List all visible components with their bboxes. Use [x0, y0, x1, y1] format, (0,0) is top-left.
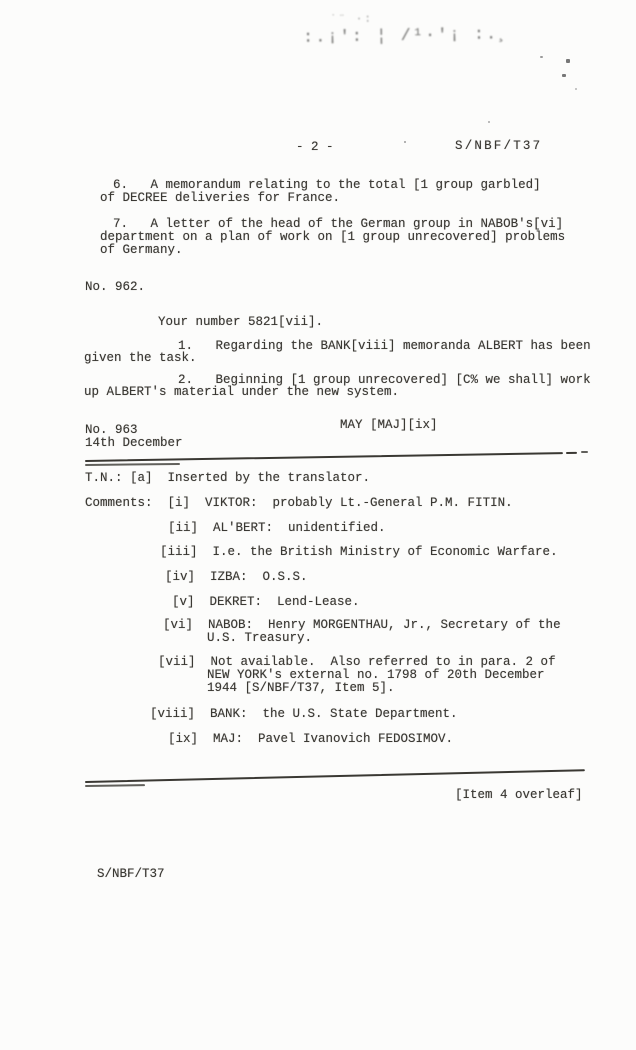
separator-line-1-dash — [566, 452, 577, 454]
translator-note: T.N.: [a] Inserted by the translator. — [85, 472, 370, 485]
comment-v: [v] DEKRET: Lend-Lease. — [172, 596, 360, 609]
scan-speck — [566, 59, 570, 63]
comment-vi-line-2: U.S. Treasury. — [207, 632, 312, 645]
point-1-line-1: 1. Regarding the BANK[viii] memoranda AL… — [178, 340, 591, 353]
scan-speck — [488, 121, 490, 123]
para-7-line-3: of Germany. — [100, 244, 183, 257]
scan-speck — [540, 56, 543, 58]
comment-ix: [ix] MAJ: Pavel Ivanovich FEDOSIMOV. — [168, 733, 453, 746]
document-page: ˙¨ ·: :.¡': ¦ /¹·'¡ :.¸ - 2 - S/NBF/T37 … — [0, 0, 636, 1050]
signature: MAY [MAJ][ix] — [340, 419, 438, 432]
scan-speck — [575, 88, 577, 90]
your-number-line: Your number 5821[vii]. — [158, 316, 323, 329]
separator-line-2 — [85, 769, 585, 783]
message-date: 14th December — [85, 437, 183, 450]
comment-iii: [iii] I.e. the British Ministry of Econo… — [160, 546, 558, 559]
point-1-line-2: given the task. — [84, 352, 197, 365]
separator-line-2-echo — [85, 784, 145, 786]
document-reference-header: S/NBF/T37 — [455, 140, 542, 153]
page-number: - 2 - — [296, 141, 334, 154]
comment-ii: [ii] AL'BERT: unidentified. — [168, 522, 386, 535]
comment-vii-line-3: 1944 [S/NBF/T37, Item 5]. — [207, 682, 395, 695]
para-6-line-2: of DECREE deliveries for France. — [100, 192, 340, 205]
scan-speck — [562, 74, 566, 77]
point-2-line-2: up ALBERT's material under the new syste… — [84, 386, 399, 399]
document-reference-footer: S/NBF/T37 — [97, 868, 165, 881]
overleaf-note: [Item 4 overleaf] — [455, 789, 583, 802]
separator-line-1-dash — [581, 451, 588, 453]
faded-stamp-row-1: ˙¨ ·: — [330, 14, 373, 28]
comment-i: Comments: [i] VIKTOR: probably Lt.-Gener… — [85, 497, 513, 510]
message-number-962: No. 962. — [85, 281, 145, 294]
comment-iv: [iv] IZBA: O.S.S. — [165, 571, 308, 584]
comment-viii: [viii] BANK: the U.S. State Department. — [150, 708, 458, 721]
separator-line-1-echo — [85, 463, 180, 465]
faded-stamp-row-2: :.¡': ¦ /¹·'¡ :.¸ — [303, 28, 511, 45]
scan-speck — [404, 141, 406, 143]
separator-line-1 — [85, 452, 563, 462]
